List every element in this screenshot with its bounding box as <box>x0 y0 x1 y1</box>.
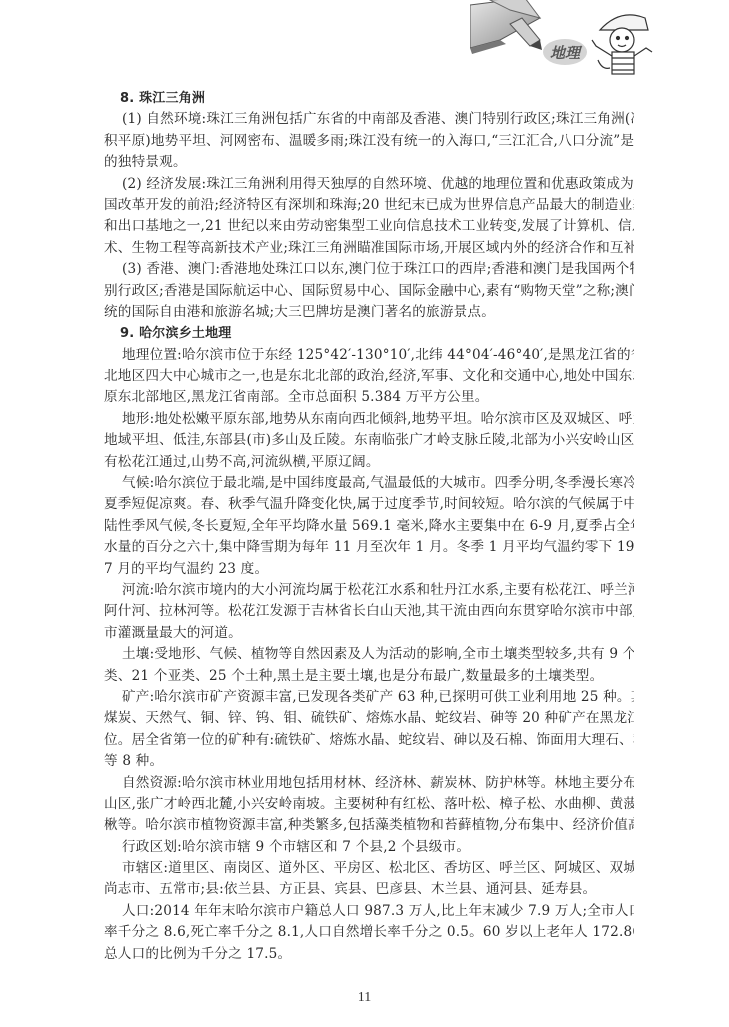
paragraph-administrative-division: 行政区划:哈尔滨市辖 9 个市辖区和 7 个县,2 个县级市。 <box>104 837 634 858</box>
text-line: 气候:哈尔滨位于最北端,是中国纬度最高,气温最低的大城市。四季分明,冬季漫长寒冷… <box>104 473 634 494</box>
text-line: 积平原)地势平坦、河网密布、温暖多雨;珠江没有统一的入海口,“三江汇合,八口分流… <box>104 131 634 152</box>
paragraph-climate: 气候:哈尔滨位于最北端,是中国纬度最高,气温最低的大城市。四季分明,冬季漫长寒冷… <box>104 473 634 580</box>
text-line: 7 月的平均气温约 23 度。 <box>104 559 634 580</box>
text-line: 夏季短促凉爽。春、秋季气温升降变化快,属于过度季节,时间较短。哈尔滨的气候属于中… <box>104 494 634 515</box>
text-line: 统的国际自由港和旅游名城;大三巴牌坊是澳门著名的旅游景点。 <box>104 302 634 323</box>
page-number: 11 <box>0 990 729 1006</box>
text-line: 人口:2014 年年末哈尔滨市户籍总人口 987.3 万人,比上年末减少 7.9… <box>104 901 634 922</box>
text-line: 阿什河、拉林河等。松花江发源于吉林省长白山天池,其干流由西向东贯穿哈尔滨市中部,… <box>104 601 634 622</box>
text-line: 矿产:哈尔滨市矿产资源丰富,已发现各类矿产 63 种,已探明可供工业利用地 25… <box>104 687 634 708</box>
text-line: 国改革开发的前沿;经济特区有深圳和珠海;20 世纪末已成为世界信息产品最大的制造… <box>104 195 634 216</box>
text-line: 术、生物工程等高新技术产业;珠江三角洲瞄准国际市场,开展区域内外的经济合作和互补… <box>104 238 634 259</box>
text-line: 土壤:受地形、气候、植物等自然因素及人为活动的影响,全市土壤类型较多,共有 9 … <box>104 644 634 665</box>
subject-badge: 地理 <box>543 39 587 65</box>
paragraph-location: 地理位置:哈尔滨市位于东经 125°42′-130°10′,北纬 44°04′-… <box>104 345 634 409</box>
paragraph-terrain: 地形:地处松嫩平原东部,地势从东南向西北倾斜,地势平坦。哈尔滨市区及双城区、呼兰… <box>104 409 634 473</box>
text-line: 行政区划:哈尔滨市辖 9 个市辖区和 7 个县,2 个县级市。 <box>104 837 634 858</box>
text-line: 率千分之 8.6,死亡率千分之 8.1,人口自然增长率千分之 0.5。60 岁以… <box>104 922 634 943</box>
text-line: 煤炭、天然气、铜、锌、钨、钼、硫铁矿、熔炼水晶、蛇纹岩、砷等 20 种矿产在黑龙… <box>104 708 634 729</box>
text-line: (3) 香港、澳门:香港地处珠江口以东,澳门位于珠江口的西岸;香港和澳门是我国两… <box>104 259 634 280</box>
text-line: 自然资源:哈尔滨市林业用地包括用材林、经济林、薪炭林、防护林等。林地主要分布在东… <box>104 773 634 794</box>
pencil-icon <box>510 18 542 50</box>
text-line: 市灌溉量最大的河道。 <box>104 623 634 644</box>
paragraph-natural-resources: 自然资源:哈尔滨市林业用地包括用材林、经济林、薪炭林、防护林等。林地主要分布在东… <box>104 773 634 837</box>
text-line: 尚志市、五常市;县:依兰县、方正县、宾县、巴彦县、木兰县、通河县、延寿县。 <box>104 879 634 900</box>
text-line: 陆性季风气候,冬长夏短,全年平均降水量 569.1 毫米,降水主要集中在 6-9… <box>104 516 634 537</box>
open-book-icon: 地理 <box>470 0 729 85</box>
text-line: 河流:哈尔滨市境内的大小河流均属于松花江水系和牡丹江水系,主要有松花江、呼兰河、 <box>104 580 634 601</box>
text-line: 总人口的比例为千分之 17.5。 <box>104 944 634 965</box>
text-line: 地理位置:哈尔滨市位于东经 125°42′-130°10′,北纬 44°04′-… <box>104 345 634 366</box>
paragraph-hongkong-macau: (3) 香港、澳门:香港地处珠江口以东,澳门位于珠江口的西岸;香港和澳门是我国两… <box>104 259 634 323</box>
text-line: 的独特景观。 <box>104 152 634 173</box>
paragraph-rivers: 河流:哈尔滨市境内的大小河流均属于松花江水系和牡丹江水系,主要有松花江、呼兰河、… <box>104 580 634 644</box>
paragraph-districts: 市辖区:道里区、南岗区、道外区、平房区、松北区、香坊区、呼兰区、阿城区、双城区;… <box>104 858 634 901</box>
text-line: 类、21 个亚类、25 个土种,黑土是主要土壤,也是分布最广,数量最多的土壤类型… <box>104 666 634 687</box>
text-line: 位。居全省第一位的矿种有:硫铁矿、熔炼水晶、蛇纹岩、砷以及石棉、饰面用大理石、稀… <box>104 730 634 751</box>
text-line: 市辖区:道里区、南岗区、道外区、平房区、松北区、香坊区、呼兰区、阿城区、双城区;… <box>104 858 634 879</box>
text-line: 和出口基地之一,21 世纪以来由劳动密集型工业向信息技术工业转变,发展了计算机、… <box>104 216 634 237</box>
paragraph-population: 人口:2014 年年末哈尔滨市户籍总人口 987.3 万人,比上年末减少 7.9… <box>104 901 634 965</box>
paragraph-soil: 土壤:受地形、气候、植物等自然因素及人为活动的影响,全市土壤类型较多,共有 9 … <box>104 644 634 687</box>
text-line: 北地区四大中心城市之一,也是东北北部的政治,经济,军事、文化和交通中心,地处中国… <box>104 366 634 387</box>
svg-text:地理: 地理 <box>550 44 583 62</box>
text-line: 地域平坦、低洼,东部县(市)多山及丘陵。东南临张广才岭支脉丘陵,北部为小兴安岭山… <box>104 430 634 451</box>
text-line: (2) 经济发展:珠江三角洲利用得天独厚的自然环境、优越的地理位置和优惠政策成为… <box>104 174 634 195</box>
text-line: 水量的百分之六十,集中降雪期为每年 11 月至次年 1 月。冬季 1 月平均气温… <box>104 537 634 558</box>
text-line: (1) 自然环境:珠江三角洲包括广东省的中南部及香港、澳门特别行政区;珠江三角洲… <box>104 109 634 130</box>
section-heading-9: 9. 哈尔滨乡土地理 <box>104 323 634 344</box>
text-line: 楸等。哈尔滨市植物资源丰富,种类繁多,包括藻类植物和苔藓植物,分布集中、经济价值… <box>104 815 634 836</box>
page-content: 8. 珠江三角洲 (1) 自然环境:珠江三角洲包括广东省的中南部及香港、澳门特别… <box>104 88 634 965</box>
header-decoration: 地理 <box>470 0 729 85</box>
paragraph-economic-development: (2) 经济发展:珠江三角洲利用得天独厚的自然环境、优越的地理位置和优惠政策成为… <box>104 174 634 260</box>
text-line: 等 8 种。 <box>104 751 634 772</box>
text-line: 别行政区;香港是国际航运中心、国际贸易中心、国际金融中心,素有“购物天堂”之称;… <box>104 281 634 302</box>
text-line: 山区,张广才岭西北麓,小兴安岭南坡。主要树种有红松、落叶松、樟子松、水曲柳、黄菠… <box>104 794 634 815</box>
paragraph-natural-environment: (1) 自然环境:珠江三角洲包括广东省的中南部及香港、澳门特别行政区;珠江三角洲… <box>104 109 634 173</box>
cartoon-boy-icon <box>592 15 652 74</box>
section-heading-8: 8. 珠江三角洲 <box>104 88 634 109</box>
paragraph-minerals: 矿产:哈尔滨市矿产资源丰富,已发现各类矿产 63 种,已探明可供工业利用地 25… <box>104 687 634 773</box>
text-line: 地形:地处松嫩平原东部,地势从东南向西北倾斜,地势平坦。哈尔滨市区及双城区、呼兰… <box>104 409 634 430</box>
text-line: 有松花江通过,山势不高,河流纵横,平原辽阔。 <box>104 452 634 473</box>
text-line: 原东北部地区,黑龙江省南部。全市总面积 5.384 万平方公里。 <box>104 387 634 408</box>
